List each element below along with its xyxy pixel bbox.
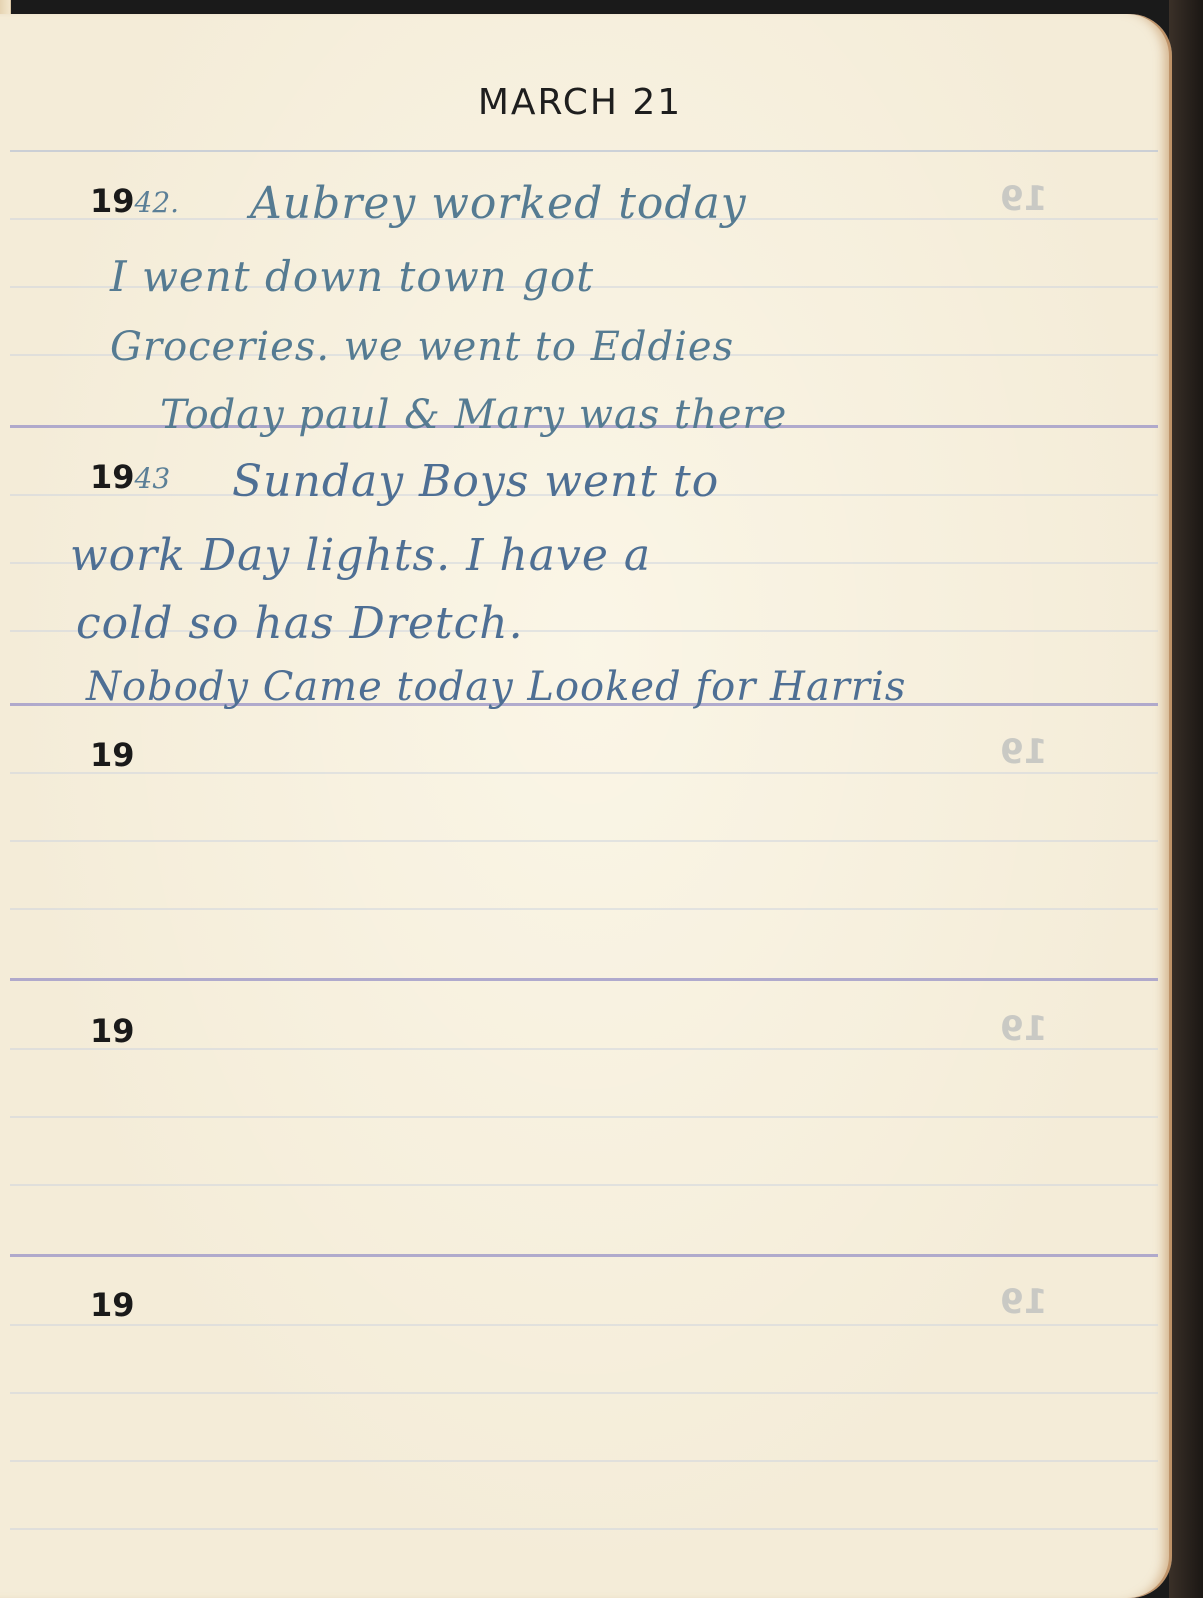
handwritten-year-suffix: 42. xyxy=(135,186,180,219)
ruled-line xyxy=(10,1392,1158,1394)
entry-line: Nobody Came today Looked for Harris xyxy=(86,664,906,710)
printed-year-prefix: 19 xyxy=(90,1286,135,1324)
entry-line: Sunday Boys went to xyxy=(232,456,719,507)
ruled-line xyxy=(10,1116,1158,1118)
entry-year-1943: 1943 xyxy=(90,458,170,496)
book-edge xyxy=(1169,0,1203,1598)
printed-year-prefix: 19 xyxy=(90,1012,135,1050)
entry-line: cold so has Dretch. xyxy=(76,598,524,649)
bleed-through-year: 19 xyxy=(1000,1282,1047,1322)
bleed-through-year: 19 xyxy=(1000,732,1047,772)
ruled-line xyxy=(10,1324,1158,1326)
ruled-line xyxy=(10,1048,1158,1050)
ruled-line xyxy=(10,772,1158,774)
entry-line: I went down town got xyxy=(110,252,594,301)
section-divider xyxy=(10,978,1158,981)
entry-line: Aubrey worked today xyxy=(250,178,747,229)
printed-year-prefix: 19 xyxy=(90,458,135,496)
section-divider xyxy=(10,1254,1158,1257)
handwritten-year-suffix: 43 xyxy=(135,462,171,495)
ruled-line xyxy=(10,840,1158,842)
printed-year-prefix: 19 xyxy=(90,182,135,220)
entry-year-blank: 19 xyxy=(90,736,135,774)
ruled-line xyxy=(10,1184,1158,1186)
entry-line: Today paul & Mary was there xyxy=(160,392,787,438)
ruled-line xyxy=(10,1460,1158,1462)
entry-line: work Day lights. I have a xyxy=(70,530,651,581)
entry-year-1942: 1942. xyxy=(90,182,179,220)
ruled-line xyxy=(10,1528,1158,1530)
entry-year-blank: 19 xyxy=(90,1012,135,1050)
bleed-through-year: 19 xyxy=(1000,179,1047,219)
diary-page: MARCH 21 19 19 19 19 1942. Aubrey worked… xyxy=(0,14,1172,1598)
printed-year-prefix: 19 xyxy=(90,736,135,774)
ruled-line xyxy=(10,908,1158,910)
bleed-through-year: 19 xyxy=(1000,1009,1047,1049)
date-heading: MARCH 21 xyxy=(0,82,1160,123)
header-rule xyxy=(10,150,1158,152)
entry-line: Groceries. we went to Eddies xyxy=(110,324,734,370)
entry-year-blank: 19 xyxy=(90,1286,135,1324)
